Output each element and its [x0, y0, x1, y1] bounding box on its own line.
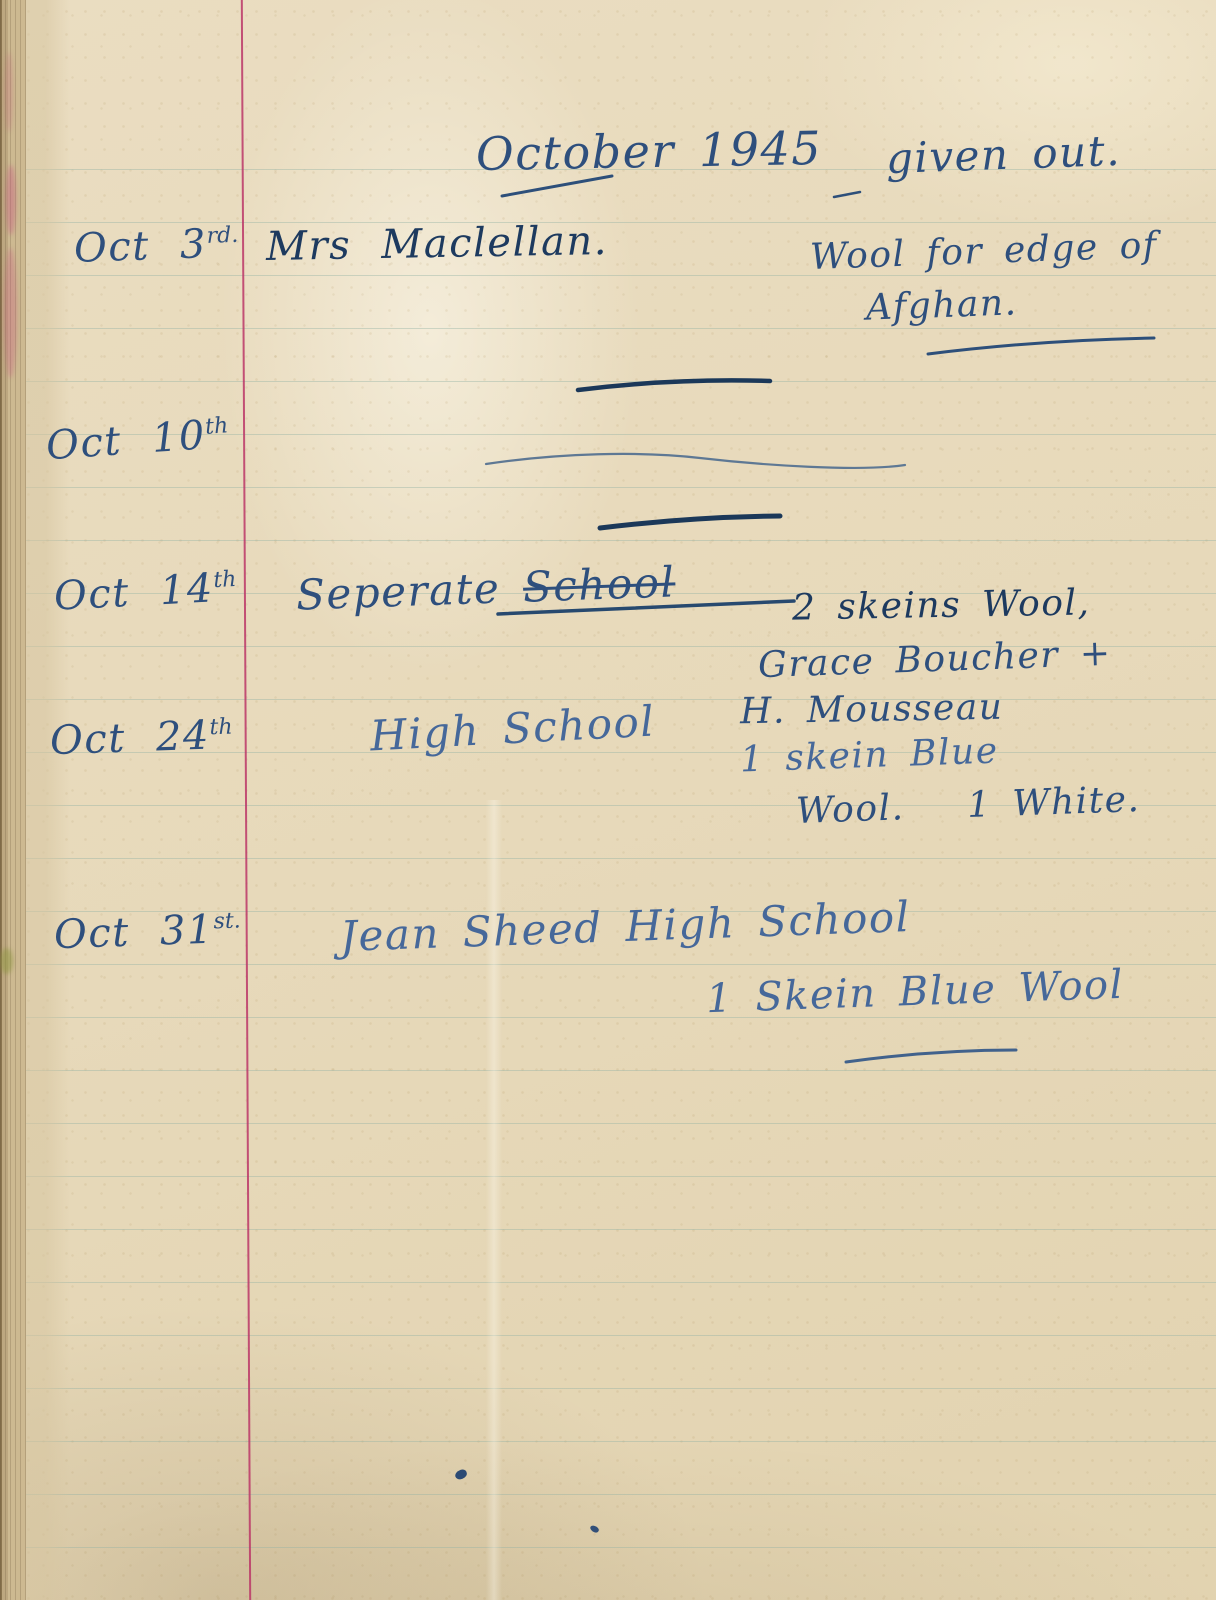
entry-note: 1 skein Blue — [739, 732, 999, 781]
afghan-underline — [928, 338, 1154, 354]
ink-blot — [454, 1468, 468, 1481]
blank-entry-line — [600, 516, 780, 528]
entry-date-text: Oct 24 — [49, 713, 210, 765]
margin-line — [241, 0, 251, 1600]
entry-recipient: Jean Sheed High School — [339, 894, 911, 960]
entry-date-text: Oct 3 — [73, 221, 207, 272]
entry-date: Oct 24th — [49, 713, 233, 763]
entry-date: Oct 10th — [45, 412, 231, 469]
entry-date: Oct 31st. — [53, 907, 241, 958]
column-header-given-out: given out. — [885, 128, 1121, 182]
blank-entry-line — [486, 454, 905, 468]
entry-note: H. Mousseau — [740, 688, 1004, 732]
oct31-note-underline — [846, 1050, 1016, 1062]
entry-date-text: Oct 31 — [53, 907, 214, 959]
blank-entry-line — [578, 380, 770, 390]
entry-date: Oct 14th — [53, 565, 238, 619]
entry-note: Wool. 1 White. — [795, 780, 1141, 832]
entry-recipient-struck-text: School — [522, 557, 676, 611]
ruled-lines — [0, 169, 1216, 1600]
entry-date-suffix: th — [204, 413, 229, 440]
entry-note: Grace Boucher + — [757, 634, 1112, 686]
pink-smudge — [5, 52, 13, 132]
entry-note: Afghan. — [865, 283, 1018, 328]
notebook-page: October 1945 given out. Oct 3rd. Mrs Mac… — [0, 0, 1216, 1600]
entry-date-suffix: rd. — [206, 223, 238, 249]
entry-recipient: High School — [369, 699, 656, 760]
entry-note: 1 Skein Blue Wool — [705, 963, 1124, 1022]
entry-date-text: Oct 14 — [53, 565, 215, 619]
entry-note: Wool for edge of — [809, 226, 1158, 278]
entry-recipient-text: Seperate — [295, 563, 524, 620]
entry-date-suffix: th — [209, 714, 233, 740]
entry-recipient: Mrs Maclellan. — [266, 219, 609, 269]
pink-smudge — [4, 248, 17, 378]
page-title: October 1945 — [476, 123, 823, 180]
entry-note: 2 skeins Wool, — [792, 583, 1091, 628]
pink-smudge — [6, 165, 16, 235]
entry-date-suffix: st. — [213, 908, 241, 934]
binding-page-edges — [0, 0, 26, 1600]
green-smudge — [0, 948, 13, 974]
entry-recipient: Seperate School — [295, 559, 676, 618]
entry-date: Oct 3rd. — [73, 221, 239, 271]
entry-date-text: Oct 10 — [45, 412, 208, 469]
given-out-underline — [834, 192, 860, 197]
ink-blot — [589, 1524, 600, 1534]
entry-date-suffix: th — [213, 567, 237, 593]
